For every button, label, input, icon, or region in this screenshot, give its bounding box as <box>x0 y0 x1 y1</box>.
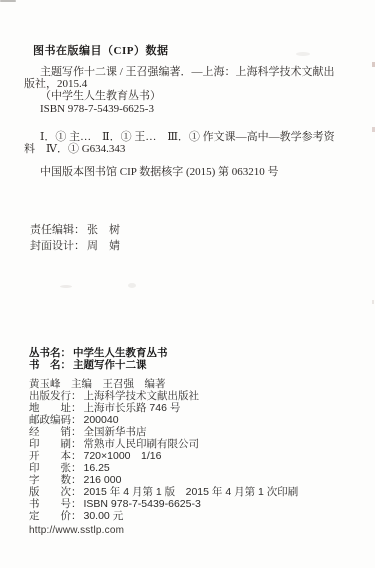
address-label: 地 址： <box>29 402 82 414</box>
distributor-row: 经 销：全国新华书店 <box>29 426 369 438</box>
word-count-value: 216 000 <box>84 474 122 486</box>
address-row: 地 址：上海市长乐路 746 号 <box>29 402 369 414</box>
publisher-value: 上海科学技术文献出版社 <box>84 390 200 402</box>
printer-value: 常熟市人民印刷有限公司 <box>84 438 200 450</box>
format-label: 开 本： <box>29 450 82 462</box>
book-title-row: 书 名：主题写作十二课 <box>29 359 369 371</box>
price-label: 定 价： <box>29 510 82 522</box>
printer-label: 印 刷： <box>29 438 82 450</box>
publisher-row: 出版发行：上海科学技术文献出版社 <box>29 390 369 402</box>
book-title-value: 主题写作十二课 <box>73 359 147 371</box>
cip-entry-line-2: 版社，2015.4 <box>24 78 360 90</box>
cip-title: 图书在版编目（CIP）数据 <box>33 42 360 58</box>
credits-section: 责任编辑：张 树 封面设计：周 婧 <box>30 223 120 254</box>
publisher-website: http://www.sstlp.com <box>29 525 369 536</box>
price-value: 30.00 元 <box>84 510 124 522</box>
cip-isbn: ISBN 978-7-5439-6625-3 <box>24 103 360 115</box>
series-name-row: 丛书名：中学生人生教育丛书 <box>29 347 369 359</box>
credit-row-cover-designer: 封面设计：周 婧 <box>30 239 120 255</box>
scan-artifact <box>0 0 16 2</box>
distributor-value: 全国新华书店 <box>84 426 147 438</box>
book-copyright-page: 图书在版编目（CIP）数据 主题写作十二课 / 王召强编著．—上海：上海科学技术… <box>0 0 375 568</box>
scan-artifact <box>372 300 374 304</box>
cip-section: 图书在版编目（CIP）数据 主题写作十二课 / 王召强编著．—上海：上海科学技术… <box>24 42 360 178</box>
cip-classification-line-1: Ⅰ．① 主… Ⅱ．① 王… Ⅲ．① 作文课—高中—教学参考资 <box>24 131 360 143</box>
sheets-label: 印 张： <box>29 462 82 474</box>
isbn-label: 书 号： <box>29 498 82 510</box>
sheets-value: 16.25 <box>84 462 110 474</box>
word-count-row: 字 数：216 000 <box>29 474 369 486</box>
cip-entry: 主题写作十二课 / 王召强编著．—上海：上海科学技术文献出 版社，2015.4 … <box>24 66 360 115</box>
cip-series-note: （中学生人生教育丛书） <box>24 90 360 102</box>
credit-row-editor: 责任编辑：张 树 <box>30 223 120 239</box>
cip-classification: Ⅰ．① 主… Ⅱ．① 王… Ⅲ．① 作文课—高中—教学参考资 料 Ⅳ．① G63… <box>24 131 360 155</box>
isbn-value: ISBN 978-7-5439-6625-3 <box>84 498 201 510</box>
book-title-label: 书 名： <box>29 359 71 371</box>
cip-classification-line-2: 料 Ⅳ．① G634.343 <box>24 143 360 155</box>
edition-row: 版 次：2015 年 4 月第 1 版 2015 年 4 月第 1 次印刷 <box>29 486 369 498</box>
postcode-row: 邮政编码：200040 <box>29 414 369 426</box>
series-name-value: 中学生人生教育丛书 <box>73 347 168 359</box>
address-value: 上海市长乐路 746 号 <box>84 402 181 414</box>
publisher-label: 出版发行： <box>29 390 82 402</box>
postcode-value: 200040 <box>84 414 119 426</box>
credit-value: 张 树 <box>87 224 120 236</box>
scan-artifact <box>128 283 136 288</box>
cip-entry-line-1: 主题写作十二课 / 王召强编著．—上海：上海科学技术文献出 <box>24 66 360 78</box>
postcode-label: 邮政编码： <box>29 414 82 426</box>
scan-artifact <box>60 285 72 288</box>
credit-label: 封面设计： <box>30 240 85 252</box>
credit-label: 责任编辑： <box>30 224 85 236</box>
colophon-section: 丛书名：中学生人生教育丛书 书 名：主题写作十二课 黄玉峰 主编 王召强 编著 … <box>29 347 369 536</box>
format-row: 开 本：720×1000 1/16 <box>29 450 369 462</box>
isbn-row: 书 号：ISBN 978-7-5439-6625-3 <box>29 498 369 510</box>
word-count-label: 字 数： <box>29 474 82 486</box>
distributor-label: 经 销： <box>29 426 82 438</box>
cip-record-number: 中国版本图书馆 CIP 数据核字 (2015) 第 063210 号 <box>24 166 360 178</box>
sheets-row: 印 张：16.25 <box>29 462 369 474</box>
byline: 黄玉峰 主编 王召强 编著 <box>29 378 369 390</box>
edition-label: 版 次： <box>29 486 82 498</box>
edition-value: 2015 年 4 月第 1 版 2015 年 4 月第 1 次印刷 <box>84 486 299 498</box>
price-row: 定 价：30.00 元 <box>29 510 369 522</box>
format-value: 720×1000 1/16 <box>84 450 162 462</box>
series-name-label: 丛书名： <box>29 347 71 359</box>
printer-row: 印 刷：常熟市人民印刷有限公司 <box>29 438 369 450</box>
credit-value: 周 婧 <box>87 240 120 252</box>
